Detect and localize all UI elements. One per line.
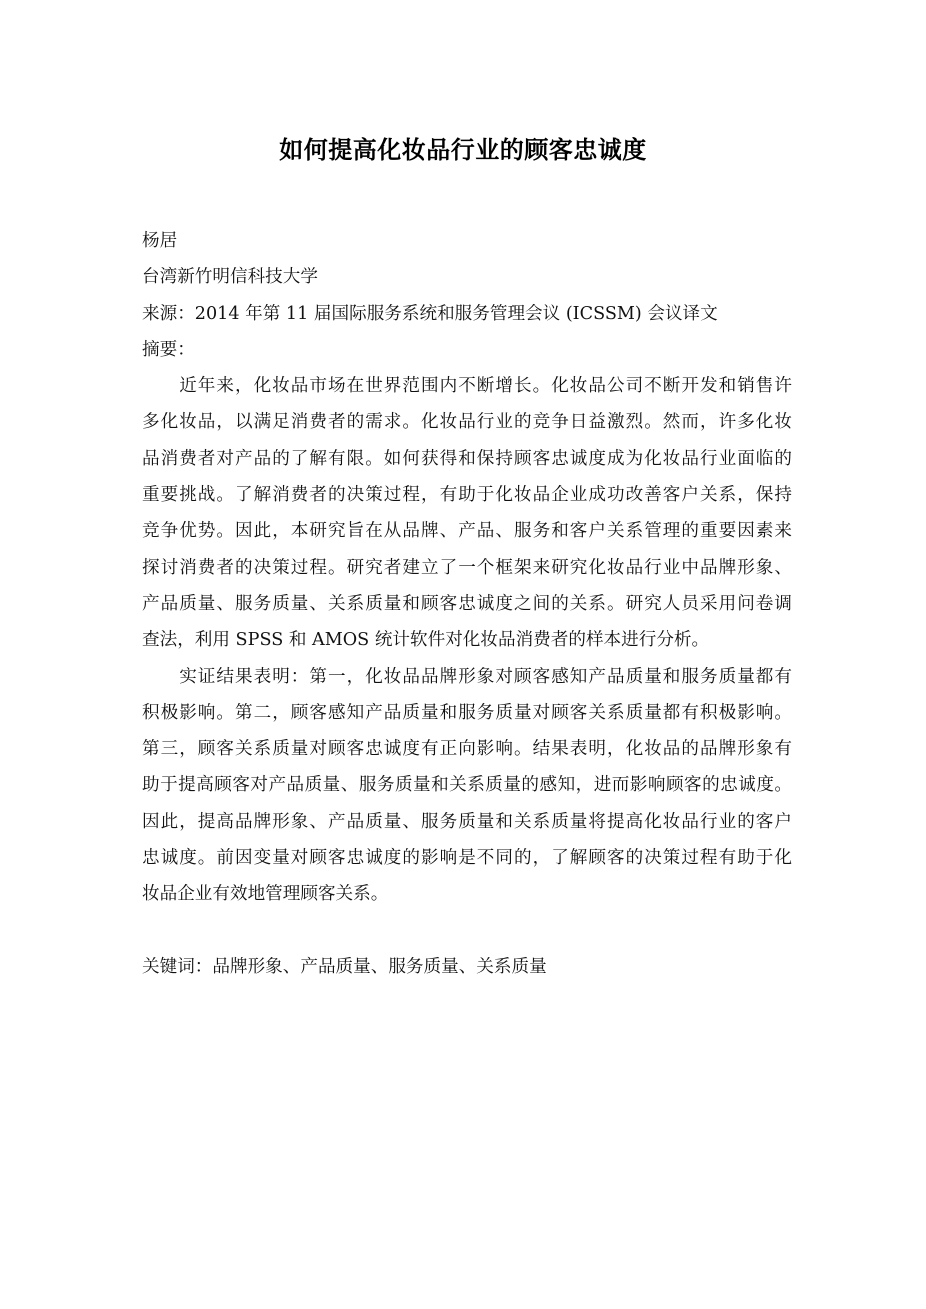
paragraph-line: 查法，利用 SPSS 和 AMOS 统计软件对化妆品消费者的样本进行分析。 <box>142 622 792 658</box>
paragraph-line: 产品质量、服务质量、关系质量和顾客忠诚度之间的关系。研究人员采用问卷调 <box>142 586 792 622</box>
paragraph-line: 重要挑战。了解消费者的决策过程，有助于化妆品企业成功改善客户关系，保持 <box>142 477 792 513</box>
keywords: 关键词：品牌形象、产品质量、服务质量、关系质量 <box>142 949 792 985</box>
abstract-label: 摘要： <box>142 332 792 368</box>
paragraph-line: 近年来，化妆品市场在世界范围内不断增长。化妆品公司不断开发和销售许 <box>142 368 792 404</box>
paragraph-line: 妆品企业有效地管理顾客关系。 <box>142 876 792 912</box>
author-name: 杨居 <box>142 223 792 259</box>
paragraph-line: 实证结果表明：第一，化妆品品牌形象对顾客感知产品质量和服务质量都有 <box>142 659 792 695</box>
affiliation: 台湾新竹明信科技大学 <box>142 259 792 295</box>
paragraph-line: 多化妆品，以满足消费者的需求。化妆品行业的竞争日益激烈。然而，许多化妆 <box>142 404 792 440</box>
abstract-paragraph-2: 实证结果表明：第一，化妆品品牌形象对顾客感知产品质量和服务质量都有 积极影响。第… <box>142 659 792 913</box>
paragraph-line: 品消费者对产品的了解有限。如何获得和保持顾客忠诚度成为化妆品行业面临的 <box>142 441 792 477</box>
document-body: 杨居 台湾新竹明信科技大学 来源：2014 年第 11 届国际服务系统和服务管理… <box>142 223 792 985</box>
document-page: 如何提高化妆品行业的顾客忠诚度 杨居 台湾新竹明信科技大学 来源：2014 年第… <box>0 0 926 1309</box>
paragraph-line: 第三，顾客关系质量对顾客忠诚度有正向影响。结果表明，化妆品的品牌形象有 <box>142 731 792 767</box>
paragraph-line: 忠诚度。前因变量对顾客忠诚度的影响是不同的，了解顾客的决策过程有助于化 <box>142 840 792 876</box>
abstract-paragraph-1: 近年来，化妆品市场在世界范围内不断增长。化妆品公司不断开发和销售许 多化妆品，以… <box>142 368 792 658</box>
paragraph-line: 积极影响。第二，顾客感知产品质量和服务质量对顾客关系质量都有积极影响。 <box>142 695 792 731</box>
spacer <box>142 913 792 949</box>
paragraph-line: 助于提高顾客对产品质量、服务质量和关系质量的感知，进而影响顾客的忠诚度。 <box>142 767 792 803</box>
source-line: 来源：2014 年第 11 届国际服务系统和服务管理会议 (ICSSM) 会议译… <box>142 296 792 332</box>
paragraph-line: 探讨消费者的决策过程。研究者建立了一个框架来研究化妆品行业中品牌形象、 <box>142 550 792 586</box>
paragraph-line: 因此，提高品牌形象、产品质量、服务质量和关系质量将提高化妆品行业的客户 <box>142 804 792 840</box>
paragraph-line: 竞争优势。因此，本研究旨在从品牌、产品、服务和客户关系管理的重要因素来 <box>142 513 792 549</box>
paper-title: 如何提高化妆品行业的顾客忠诚度 <box>0 134 926 166</box>
